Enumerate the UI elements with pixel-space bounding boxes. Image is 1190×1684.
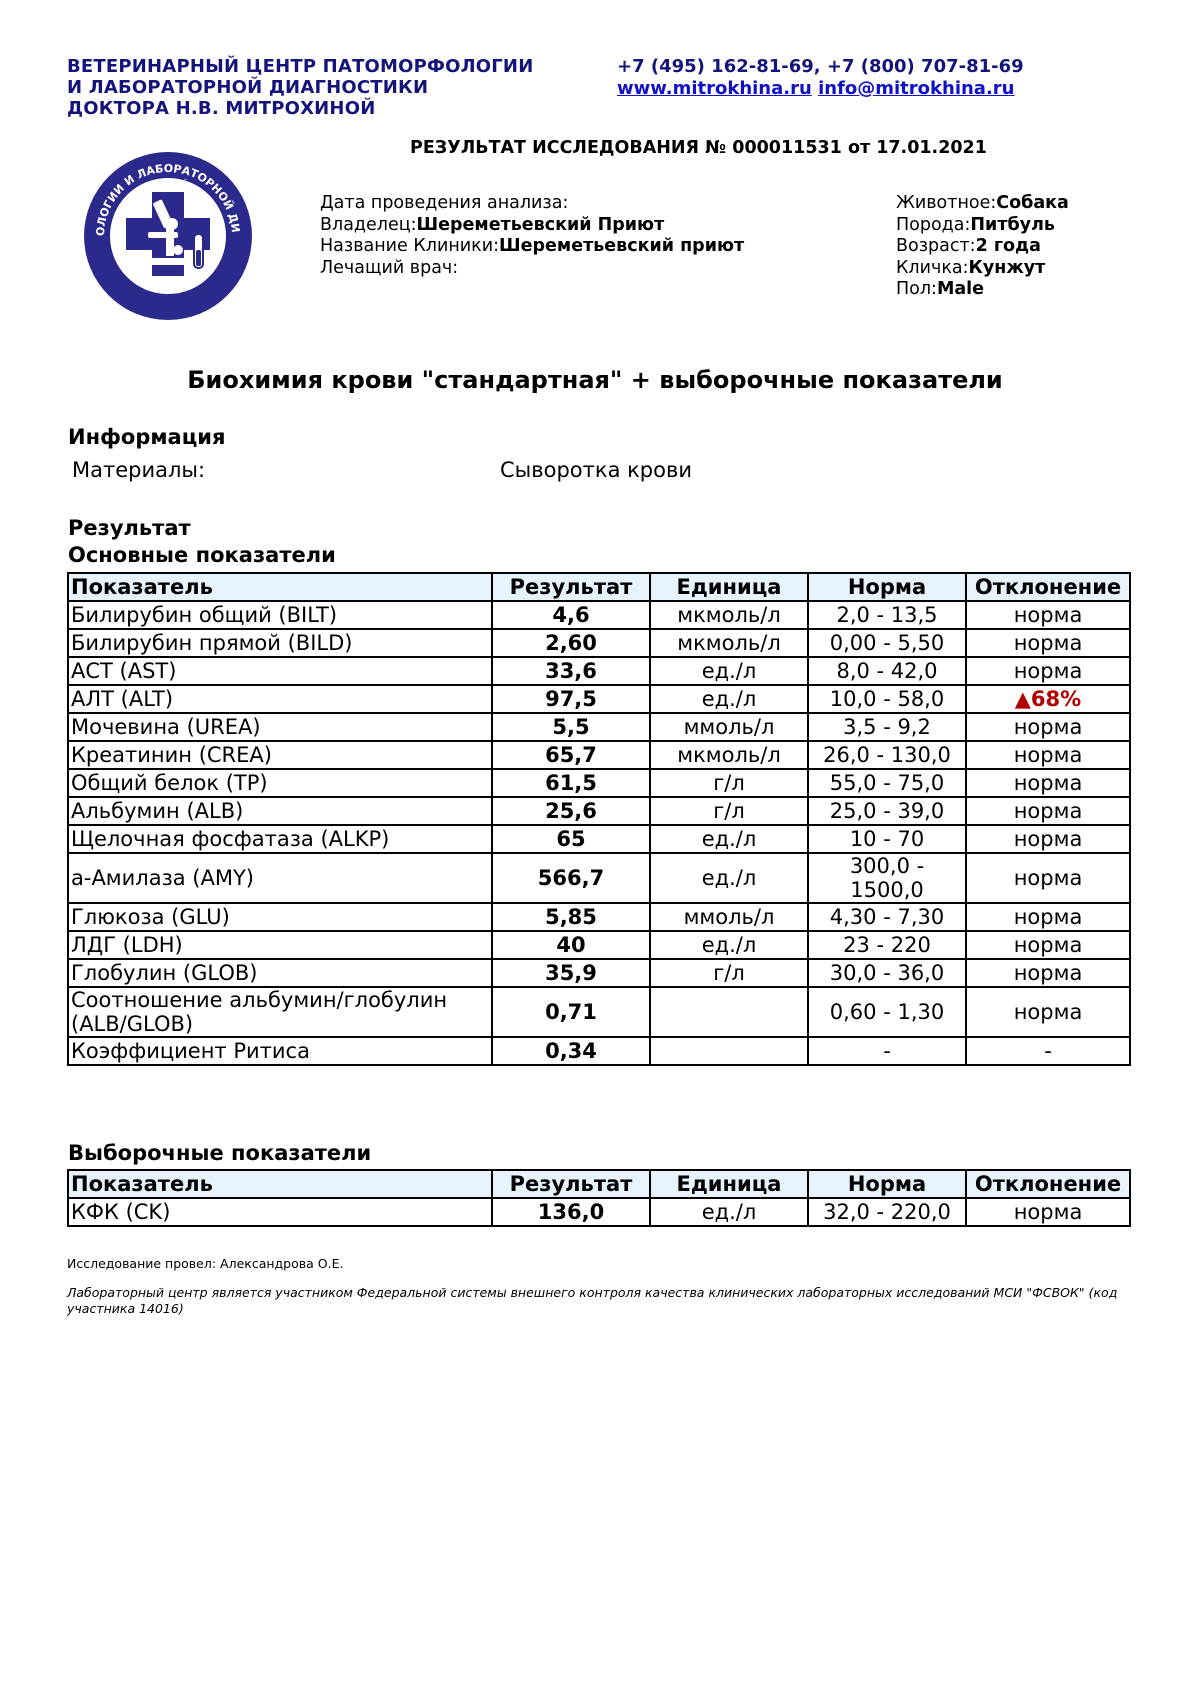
unit: г/л xyxy=(650,959,808,987)
phones: +7 (495) 162-81-69, +7 (800) 707-81-69 xyxy=(617,56,1024,78)
result-value: 33,6 xyxy=(492,657,650,685)
materials-label: Материалы: xyxy=(72,458,205,482)
deviation: норма xyxy=(966,601,1130,629)
selected-section-heading: Выборочные показатели xyxy=(68,1141,371,1165)
meta-sex: Пол:Male xyxy=(896,279,1069,301)
result-value: 5,85 xyxy=(492,903,650,931)
meta-left: Дата проведения анализа: Владелец:Шереме… xyxy=(320,193,744,279)
meta-clinic: Название Клиники:Шереметьевский приют xyxy=(320,236,744,258)
norm-range: 30,0 - 36,0 xyxy=(808,959,966,987)
result-value: 97,5 xyxy=(492,685,650,713)
result-value: 136,0 xyxy=(492,1198,650,1226)
unit: ед./л xyxy=(650,825,808,853)
col-header-value: Результат xyxy=(492,1170,650,1198)
table-row: Билирубин общий (BILT)4,6мкмоль/л2,0 - 1… xyxy=(68,601,1130,629)
deviation: норма xyxy=(966,903,1130,931)
norm-range: 0,60 - 1,30 xyxy=(808,987,966,1037)
indicator-name: Соотношение альбумин/глобулин (ALB/GLOB) xyxy=(68,987,492,1037)
deviation: норма xyxy=(966,987,1130,1037)
meta-date: Дата проведения анализа: xyxy=(320,193,744,215)
main-results-table: Показатель Результат Единица Норма Откло… xyxy=(67,572,1131,1066)
norm-range: 0,00 - 5,50 xyxy=(808,629,966,657)
table-row: Альбумин (ALB)25,6г/л25,0 - 39,0норма xyxy=(68,797,1130,825)
unit xyxy=(650,1037,808,1065)
col-header-name: Показатель xyxy=(68,1170,492,1198)
norm-range: 10,0 - 58,0 xyxy=(808,685,966,713)
unit xyxy=(650,987,808,1037)
unit: ммоль/л xyxy=(650,713,808,741)
norm-range: 26,0 - 130,0 xyxy=(808,741,966,769)
org-line: ВЕТЕРИНАРНЫЙ ЦЕНТР ПАТОМОРФОЛОГИИ xyxy=(67,56,533,77)
col-header-deviation: Отклонение xyxy=(966,1170,1130,1198)
info-heading: Информация xyxy=(68,425,225,449)
organization-name: ВЕТЕРИНАРНЫЙ ЦЕНТР ПАТОМОРФОЛОГИИ И ЛАБО… xyxy=(67,56,533,119)
indicator-name: a-Амилаза (AMY) xyxy=(68,853,492,903)
norm-range: 300,0 - 1500,0 xyxy=(808,853,966,903)
microscope-cross-logo: ВЕТЕРИНАРНЫЙ ЦЕНТР ПАТОМОРФОЛОГИИ И ЛАБО… xyxy=(82,150,254,322)
indicator-name: ЛДГ (LDH) xyxy=(68,931,492,959)
deviation: норма xyxy=(966,825,1130,853)
norm-range: 23 - 220 xyxy=(808,931,966,959)
deviation: ▲68% xyxy=(966,685,1130,713)
col-header-value: Результат xyxy=(492,573,650,601)
indicator-name: АСТ (AST) xyxy=(68,657,492,685)
table-row: Коэффициент Ритиса0,34-- xyxy=(68,1037,1130,1065)
deviation: норма xyxy=(966,769,1130,797)
norm-range: 32,0 - 220,0 xyxy=(808,1198,966,1226)
deviation: - xyxy=(966,1037,1130,1065)
result-value: 5,5 xyxy=(492,713,650,741)
result-value: 25,6 xyxy=(492,797,650,825)
unit: ед./л xyxy=(650,931,808,959)
indicator-name: Глобулин (GLOB) xyxy=(68,959,492,987)
result-value: 40 xyxy=(492,931,650,959)
table-row: a-Амилаза (AMY)566,7ед./л300,0 - 1500,0н… xyxy=(68,853,1130,903)
norm-range: 10 - 70 xyxy=(808,825,966,853)
table-header-row: Показатель Результат Единица Норма Откло… xyxy=(68,1170,1130,1198)
unit: мкмоль/л xyxy=(650,629,808,657)
result-value: 566,7 xyxy=(492,853,650,903)
table-row: Глюкоза (GLU)5,85ммоль/л4,30 - 7,30норма xyxy=(68,903,1130,931)
indicator-name: Щелочная фосфатаза (ALKP) xyxy=(68,825,492,853)
meta-owner: Владелец:Шереметьевский Приют xyxy=(320,215,744,237)
norm-range: 55,0 - 75,0 xyxy=(808,769,966,797)
deviation: норма xyxy=(966,853,1130,903)
meta-nickname: Кличка:Кунжут xyxy=(896,258,1069,280)
materials-value: Сыворотка крови xyxy=(500,458,692,482)
indicator-name: Общий белок (TP) xyxy=(68,769,492,797)
unit: ед./л xyxy=(650,657,808,685)
unit: ед./л xyxy=(650,853,808,903)
unit: г/л xyxy=(650,769,808,797)
meta-age: Возраст:2 года xyxy=(896,236,1069,258)
indicator-name: Коэффициент Ритиса xyxy=(68,1037,492,1065)
norm-range: 8,0 - 42,0 xyxy=(808,657,966,685)
table-row: АЛТ (ALT)97,5ед./л10,0 - 58,0▲68% xyxy=(68,685,1130,713)
table-row: Глобулин (GLOB)35,9г/л30,0 - 36,0норма xyxy=(68,959,1130,987)
norm-range: 2,0 - 13,5 xyxy=(808,601,966,629)
deviation: норма xyxy=(966,657,1130,685)
org-line: И ЛАБОРАТОРНОЙ ДИАГНОСТИКИ xyxy=(67,77,533,98)
result-value: 65 xyxy=(492,825,650,853)
unit: г/л xyxy=(650,797,808,825)
col-header-norm: Норма xyxy=(808,1170,966,1198)
deviation: норма xyxy=(966,713,1130,741)
result-value: 0,34 xyxy=(492,1037,650,1065)
indicator-name: АЛТ (ALT) xyxy=(68,685,492,713)
norm-range: - xyxy=(808,1037,966,1065)
deviation: норма xyxy=(966,931,1130,959)
result-value: 0,71 xyxy=(492,987,650,1037)
indicator-name: Билирубин общий (BILT) xyxy=(68,601,492,629)
deviation: норма xyxy=(966,629,1130,657)
norm-range: 3,5 - 9,2 xyxy=(808,713,966,741)
norm-range: 4,30 - 7,30 xyxy=(808,903,966,931)
result-value: 61,5 xyxy=(492,769,650,797)
table-row: АСТ (AST)33,6ед./л8,0 - 42,0норма xyxy=(68,657,1130,685)
selected-results-table: Показатель Результат Единица Норма Откло… xyxy=(67,1169,1131,1227)
deviation: норма xyxy=(966,741,1130,769)
col-header-name: Показатель xyxy=(68,573,492,601)
result-value: 65,7 xyxy=(492,741,650,769)
result-heading: Результат xyxy=(68,516,191,540)
quality-note: Лабораторный центр является участником Ф… xyxy=(67,1285,1127,1317)
table-row: КФК (CK)136,0ед./л32,0 - 220,0норма xyxy=(68,1198,1130,1226)
table-header-row: Показатель Результат Единица Норма Откло… xyxy=(68,573,1130,601)
deviation: норма xyxy=(966,959,1130,987)
col-header-unit: Единица xyxy=(650,573,808,601)
indicator-name: КФК (CK) xyxy=(68,1198,492,1226)
meta-right: Животное:Собака Порода:Питбуль Возраст:2… xyxy=(896,193,1069,301)
unit: ед./л xyxy=(650,1198,808,1226)
report-title: РЕЗУЛЬТАТ ИССЛЕДОВАНИЯ № 000011531 от 17… xyxy=(410,138,987,158)
email-link[interactable]: info@mitrokhina.ru xyxy=(818,78,1014,99)
meta-doctor: Лечащий врач: xyxy=(320,258,744,280)
unit: мкмоль/л xyxy=(650,601,808,629)
table-row: Общий белок (TP)61,5г/л55,0 - 75,0норма xyxy=(68,769,1130,797)
table-row: Мочевина (UREA)5,5ммоль/л3,5 - 9,2норма xyxy=(68,713,1130,741)
table-row: Билирубин прямой (BILD)2,60мкмоль/л0,00 … xyxy=(68,629,1130,657)
main-title: Биохимия крови "стандартная" + выборочны… xyxy=(0,366,1190,394)
indicator-name: Билирубин прямой (BILD) xyxy=(68,629,492,657)
deviation: норма xyxy=(966,797,1130,825)
indicator-name: Креатинин (CREA) xyxy=(68,741,492,769)
result-value: 35,9 xyxy=(492,959,650,987)
indicator-name: Мочевина (UREA) xyxy=(68,713,492,741)
col-header-norm: Норма xyxy=(808,573,966,601)
contacts: +7 (495) 162-81-69, +7 (800) 707-81-69 w… xyxy=(617,56,1024,100)
unit: ед./л xyxy=(650,685,808,713)
norm-range: 25,0 - 39,0 xyxy=(808,797,966,825)
result-value: 4,6 xyxy=(492,601,650,629)
meta-animal: Животное:Собака xyxy=(896,193,1069,215)
unit: ммоль/л xyxy=(650,903,808,931)
meta-breed: Порода:Питбуль xyxy=(896,215,1069,237)
indicator-name: Глюкоза (GLU) xyxy=(68,903,492,931)
org-line: ДОКТОРА Н.В. МИТРОХИНОЙ xyxy=(67,98,533,119)
col-header-unit: Единица xyxy=(650,1170,808,1198)
deviation: норма xyxy=(966,1198,1130,1226)
performed-by: Исследование провел: Александрова О.Е. xyxy=(67,1256,343,1271)
table-row: Креатинин (CREA)65,7мкмоль/л26,0 - 130,0… xyxy=(68,741,1130,769)
table-row: Щелочная фосфатаза (ALKP)65ед./л10 - 70н… xyxy=(68,825,1130,853)
svg-text:доктора: доктора xyxy=(155,283,181,290)
table-row: Соотношение альбумин/глобулин (ALB/GLOB)… xyxy=(68,987,1130,1037)
indicator-name: Альбумин (ALB) xyxy=(68,797,492,825)
website-link[interactable]: www.mitrokhina.ru xyxy=(617,78,812,99)
unit: мкмоль/л xyxy=(650,741,808,769)
result-value: 2,60 xyxy=(492,629,650,657)
col-header-deviation: Отклонение xyxy=(966,573,1130,601)
main-section-heading: Основные показатели xyxy=(68,543,336,567)
table-row: ЛДГ (LDH)40ед./л23 - 220норма xyxy=(68,931,1130,959)
